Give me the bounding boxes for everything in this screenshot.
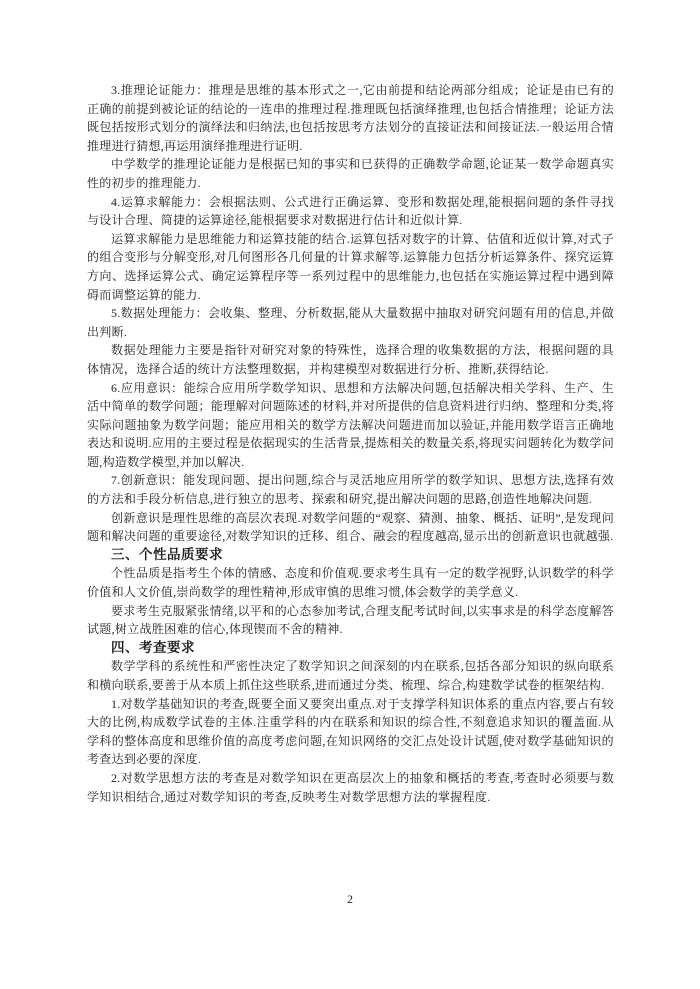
paragraph-computation-ability-definition: 运算求解能力是思维能力和运算技能的结合.运算包括对数字的计算、估值和近似计算,对… [87,230,614,304]
paragraph-reasoning-ability: 3.推理论证能力：推理是思维的基本形式之一,它由前提和结论两部分组成；论证是由已… [87,81,614,155]
section-heading-exam-requirements: 四、考查要求 [87,639,614,658]
paragraph-innovation-awareness-definition: 创新意识是理性思维的高层次表现.对数学问题的“观察、猜测、抽象、概括、证明”,是… [87,509,614,546]
document-body: 3.推理论证能力：推理是思维的基本形式之一,它由前提和结论两部分组成；论证是由已… [87,81,614,806]
section-heading-personality-quality: 三、个性品质要求 [87,546,614,565]
paragraph-basic-knowledge-examination: 1.对数学基础知识的考查,既要全面又要突出重点.对于支撑学科知识体系的重点内容,… [87,695,614,769]
paragraph-reasoning-ability-definition: 中学数学的推理论证能力是根据已知的事实和已获得的正确数学命题,论证某一数学命题真… [87,155,614,192]
paragraph-thought-method-examination: 2.对数学思想方法的考查是对数学知识在更高层次上的抽象和概括的考查,考查时必须要… [87,769,614,806]
paragraph-application-awareness: 6.应用意识：能综合应用所学数学知识、思想和方法解决问题,包括解决相关学科、生产… [87,379,614,472]
paragraph-data-processing-definition: 数据处理能力主要是指针对研究对象的特殊性，选择合理的收集数据的方法，根据问题的具… [87,341,614,378]
paragraph-exam-attitude: 要求考生克服紧张情绪,以平和的心态参加考试,合理支配考试时间,以实事求是的科学态… [87,602,614,639]
document-page: 3.推理论证能力：推理是思维的基本形式之一,它由前提和结论两部分组成；论证是由已… [0,0,700,989]
paragraph-data-processing-ability: 5.数据处理能力：会收集、整理、分析数据,能从大量数据中抽取对研究问题有用的信息… [87,304,614,341]
page-number: 2 [0,890,700,909]
paragraph-computation-ability: 4.运算求解能力：会根据法则、公式进行正确运算、变形和数据处理,能根据问题的条件… [87,193,614,230]
paragraph-personality-quality-definition: 个性品质是指考生个体的情感、态度和价值观.要求考生具有一定的数学视野,认识数学的… [87,564,614,601]
paragraph-innovation-awareness: 7.创新意识：能发现问题、提出问题,综合与灵活地应用所学的数学知识、思想方法,选… [87,471,614,508]
paragraph-knowledge-connections: 数学学科的系统性和严密性决定了数学知识之间深刻的内在联系,包括各部分知识的纵向联… [87,657,614,694]
